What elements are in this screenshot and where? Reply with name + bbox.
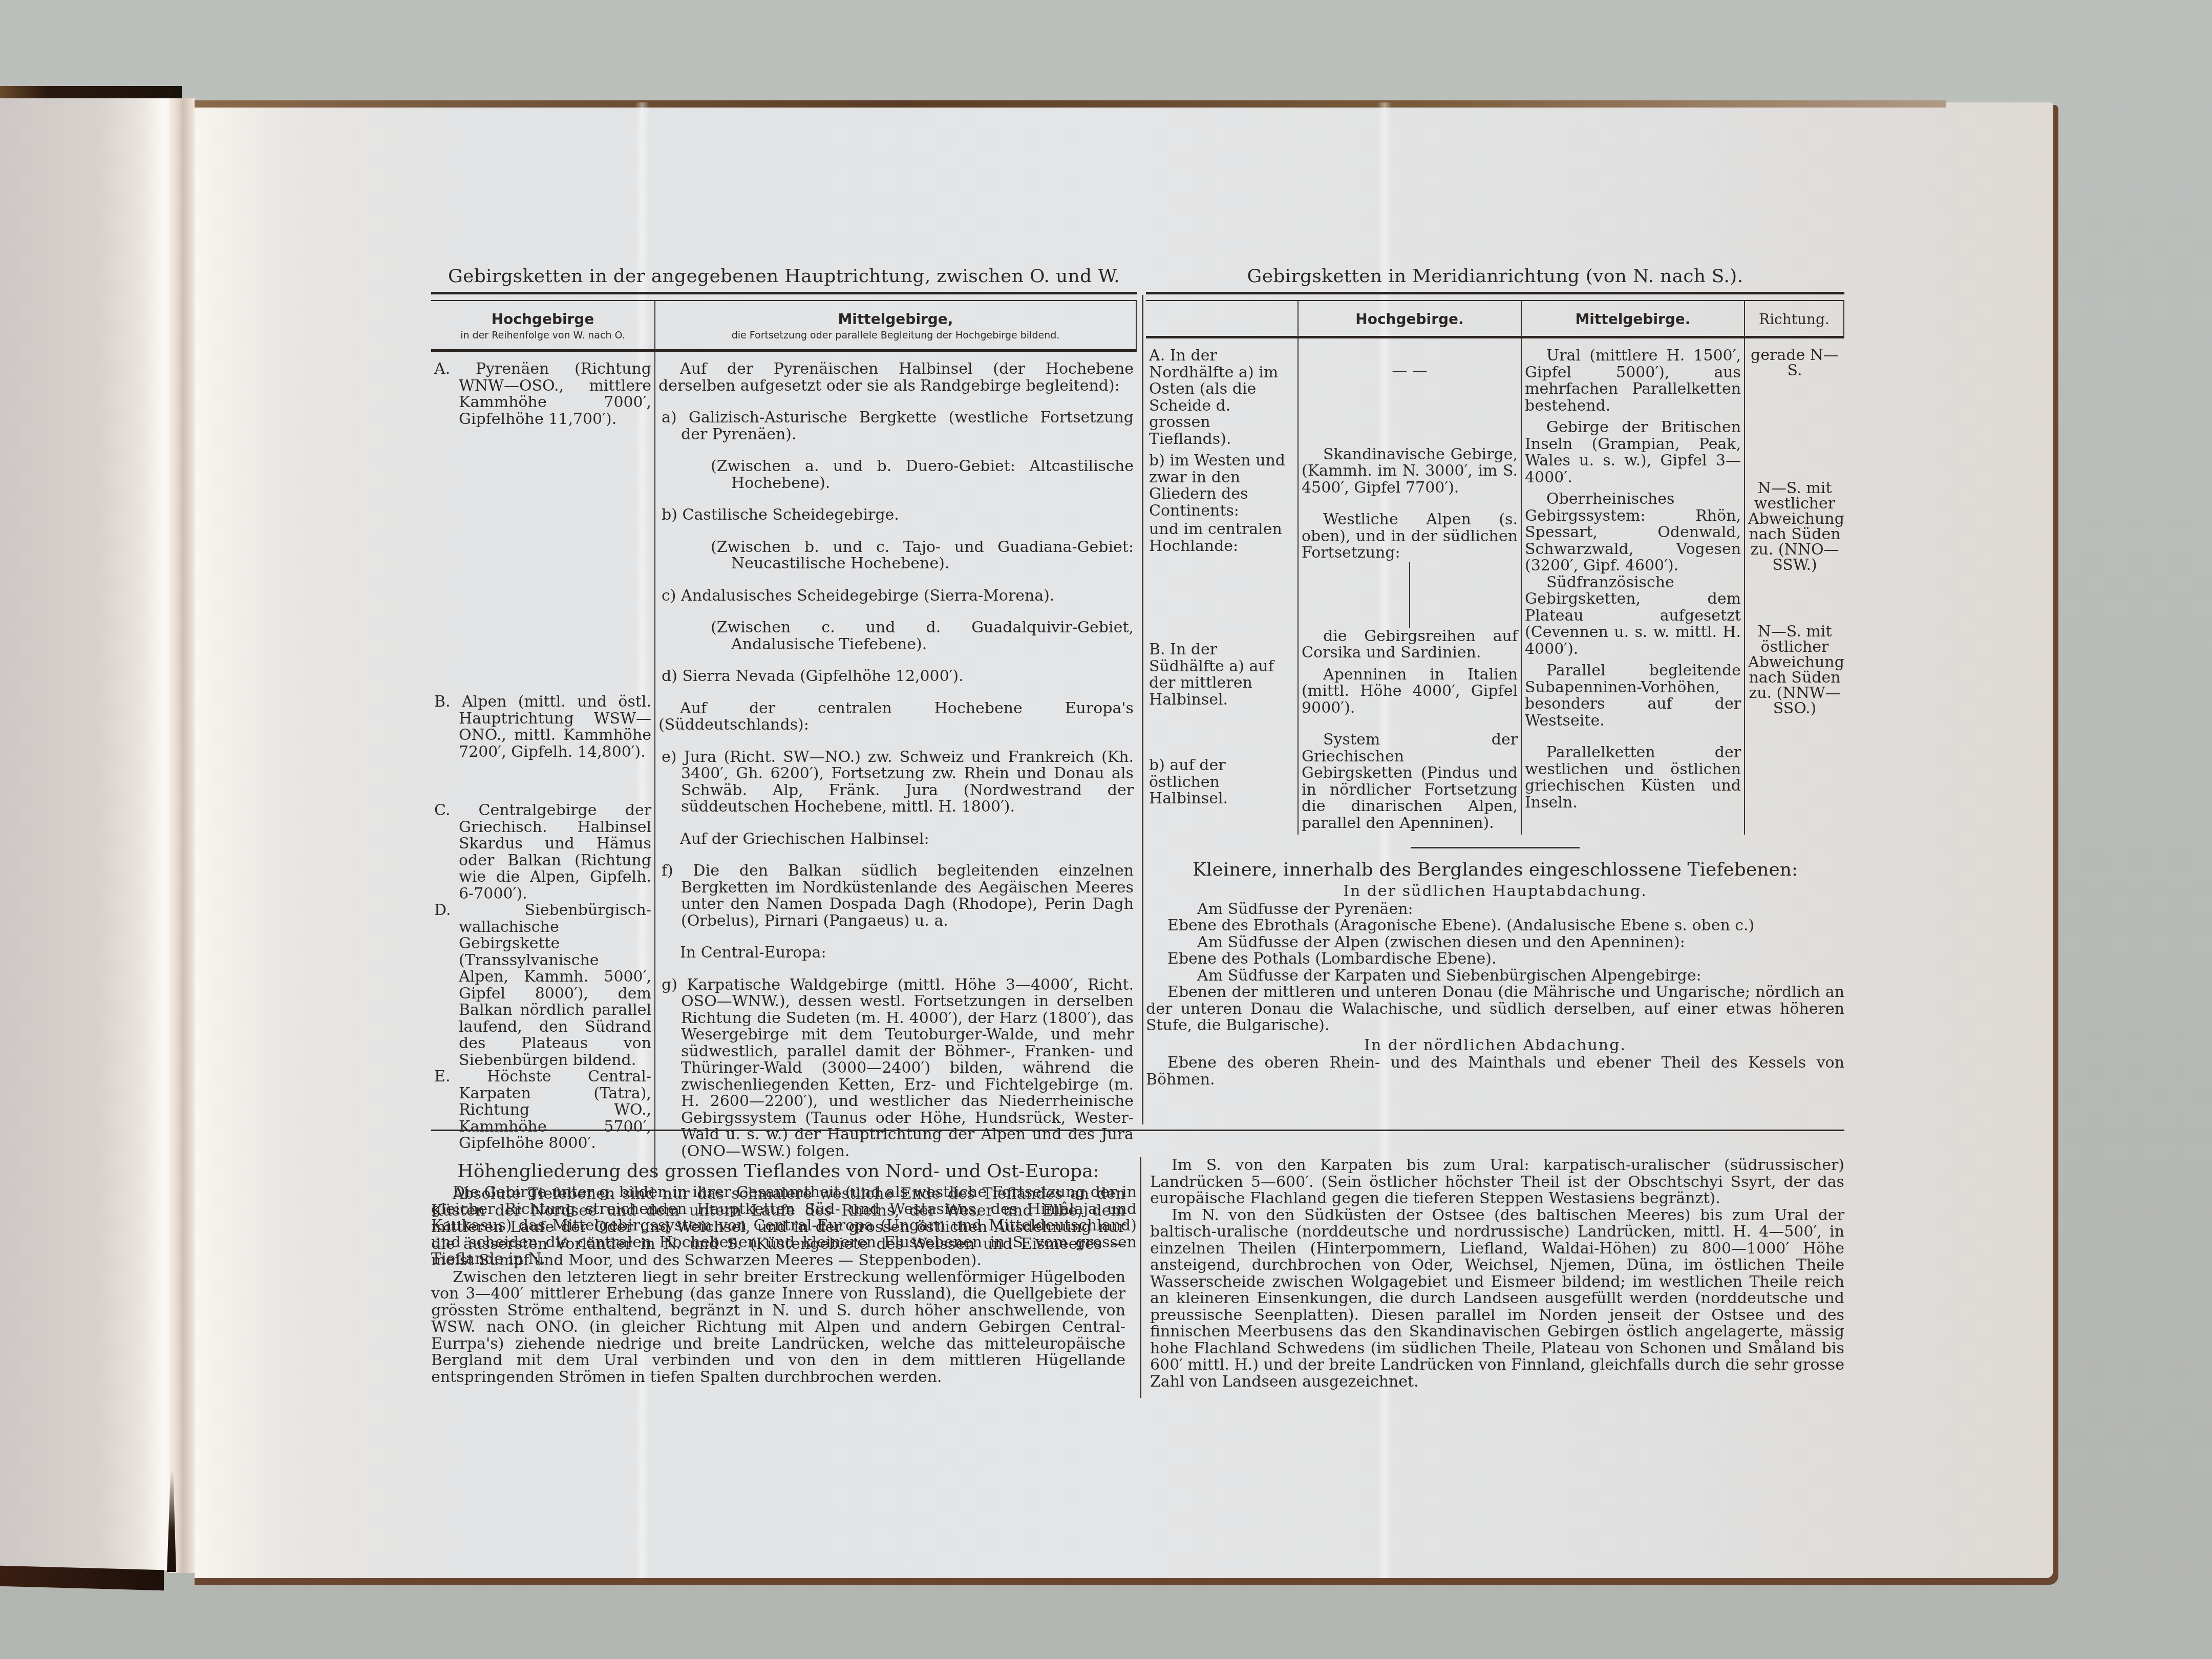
entry-d: D. Siebenbürgisch-wallachische Gebirgske… bbox=[434, 902, 651, 1069]
book-cover-edge-bottom bbox=[0, 1566, 164, 1590]
entry-a: A. Pyrenäen (Richtung WNW—OSO., mittlere… bbox=[434, 361, 651, 428]
column-divider bbox=[1142, 295, 1143, 1124]
book-cover-edge-top bbox=[0, 86, 182, 99]
left-page bbox=[0, 98, 182, 1570]
mittelgebirge-cell: Ural (mittlere H. 1500′, Gipfel 5000′), … bbox=[1522, 338, 1745, 835]
region-cell: A. In der Nordhälfte a) im Osten (als di… bbox=[1146, 338, 1299, 835]
entry-c: C. Centralgebirge der Griechisch. Halbin… bbox=[434, 802, 651, 902]
short-rule bbox=[1411, 847, 1580, 848]
hochgebirge-cell: — — Skandinavische Gebirge, (Kammh. im N… bbox=[1299, 338, 1522, 835]
meridian-table: Hochgebirge. Mittelgebirge. Richtung. A.… bbox=[1146, 301, 1844, 835]
entry-e: E. Höchste Central-Karpaten (Tatra), Ric… bbox=[434, 1069, 651, 1152]
double-rule bbox=[1146, 292, 1844, 301]
section-title: Gebirgsketten in der angegebenen Hauptri… bbox=[431, 266, 1137, 287]
tiefland-right-column: Im S. von den Karpaten bis zum Ural: kar… bbox=[1150, 1143, 1844, 1390]
section-tiefebenen: Kleinere, innerhalb des Berglandes einge… bbox=[1146, 860, 1844, 1088]
horizontal-divider bbox=[431, 1130, 1844, 1131]
section-east-west-chains: Gebirgsketten in der angegebenen Hauptri… bbox=[431, 266, 1137, 1268]
column-header-mittelgebirge: Mittelgebirge, die Fortsetzung oder para… bbox=[655, 301, 1137, 352]
richtung-cell: gerade N—S. N—S. mit westlicher Abweichu… bbox=[1745, 338, 1844, 835]
column-header-hochgebirge: Hochgebirge in der Reihenfolge von W. na… bbox=[431, 301, 655, 352]
east-west-table: Hochgebirge in der Reihenfolge von W. na… bbox=[431, 301, 1137, 1178]
continuation-rule bbox=[1409, 562, 1410, 628]
section-title: Gebirgsketten in Meridianrichtung (von N… bbox=[1146, 266, 1844, 287]
entry-b: B. Alpen (mittl. und östl. Hauptrichtung… bbox=[434, 694, 651, 760]
column-header-region bbox=[1146, 301, 1299, 338]
column-header-mittelgebirge: Mittelgebirge. bbox=[1522, 301, 1745, 338]
column-header-hochgebirge: Hochgebirge. bbox=[1299, 301, 1522, 338]
hochgebirge-cell: A. Pyrenäen (Richtung WNW—OSO., mittlere… bbox=[431, 352, 655, 1178]
mittelgebirge-cell: Auf der Pyrenäischen Halbinsel (der Hoch… bbox=[655, 352, 1137, 1178]
column-divider bbox=[1140, 1157, 1141, 1398]
book-spine bbox=[169, 98, 195, 1573]
section-meridian-chains: Gebirgsketten in Meridianrichtung (von N… bbox=[1146, 266, 1844, 1088]
tiefland-left-column: Höhengliederung des grossen Tieflandes v… bbox=[431, 1143, 1125, 1386]
column-header-richtung: Richtung. bbox=[1745, 301, 1844, 338]
double-rule bbox=[431, 292, 1137, 301]
page-top-edge bbox=[195, 100, 1946, 108]
section-title: Höhengliederung des grossen Tieflandes v… bbox=[431, 1161, 1125, 1182]
